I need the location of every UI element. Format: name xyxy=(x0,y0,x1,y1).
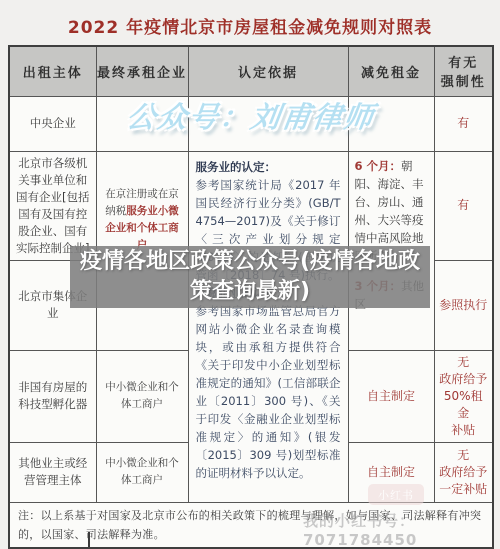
basis-body-micro: 参考国家市场监管总局官方网站小微企业名录查询模块，或由承租方提供符合《关于印发中… xyxy=(196,302,341,482)
document-page: 2022 年疫情北京市房屋租金减免规则对照表 出租主体 最终承租企业 认定依据 … xyxy=(0,0,500,549)
caption-overlay-text: 疫情各地区政策公众号(疫情各地政策查询最新) xyxy=(70,247,430,307)
header-row: 出租主体 最终承租企业 认定依据 减免租金 有无 强制性 xyxy=(9,46,493,96)
cell-mandatory-r4: 无 政府给予 50%租金 补贴 xyxy=(434,350,493,442)
six-months-label: 6 个月： xyxy=(355,159,402,173)
caption-overlay: 疫情各地区政策公众号(疫情各地政策查询最新) xyxy=(70,246,430,308)
cell-mandatory-r5: 无 政府给予 一定补贴 xyxy=(434,442,493,502)
cell-reduction-r4: 自主制定 xyxy=(348,350,434,442)
row-central-enterprise: 中央企业 有 xyxy=(9,96,493,151)
cell-basis-merged: 服务业的认定： 参考国家统计局《2017 年国民经济行业分类》(GB/T 475… xyxy=(188,151,348,502)
page-title: 2022 年疫情北京市房屋租金减免规则对照表 xyxy=(0,0,500,45)
cell-tenant-empty xyxy=(96,96,188,151)
col-header-reduction: 减免租金 xyxy=(348,46,434,96)
cell-lessor-other: 其他业主或经营管理主体 xyxy=(9,442,96,502)
cell-lessor-central: 中央企业 xyxy=(9,96,96,151)
cell-mandatory-r3: 参照执行 xyxy=(434,260,493,350)
cell-lessor-incubator: 非国有房屋的科技型孵化器 xyxy=(9,350,96,442)
xiaohongshu-badge: 小红书 xyxy=(368,484,424,505)
cell-mandatory-r1: 有 xyxy=(434,96,493,151)
cell-tenant-r4: 中小微企业和个体工商户 xyxy=(96,350,188,442)
col-header-tenant: 最终承租企业 xyxy=(96,46,188,96)
row-state-owned: 北京市各级机关事业单位和国有企业[包括国有及国有控股企业、国有实际控制企业] 在… xyxy=(9,151,493,260)
cell-basis-empty xyxy=(188,96,348,151)
col-header-lessor: 出租主体 xyxy=(9,46,96,96)
cell-lessor-state-owned: 北京市各级机关事业单位和国有企业[包括国有及国有控股企业、国有实际控制企业] xyxy=(9,151,96,260)
cell-mandatory-r2: 有 xyxy=(434,151,493,260)
cell-tenant-r5: 中小微企业和个体工商户 xyxy=(96,442,188,502)
stray-mark xyxy=(88,532,90,547)
xiaohongshu-id-watermark: 我的小红书号：7071784450 xyxy=(303,510,500,549)
cell-reduction-empty xyxy=(348,96,434,151)
col-header-basis: 认定依据 xyxy=(188,46,348,96)
col-header-mandatory: 有无 强制性 xyxy=(434,46,493,96)
basis-heading-service: 服务业的认定： xyxy=(196,158,341,176)
